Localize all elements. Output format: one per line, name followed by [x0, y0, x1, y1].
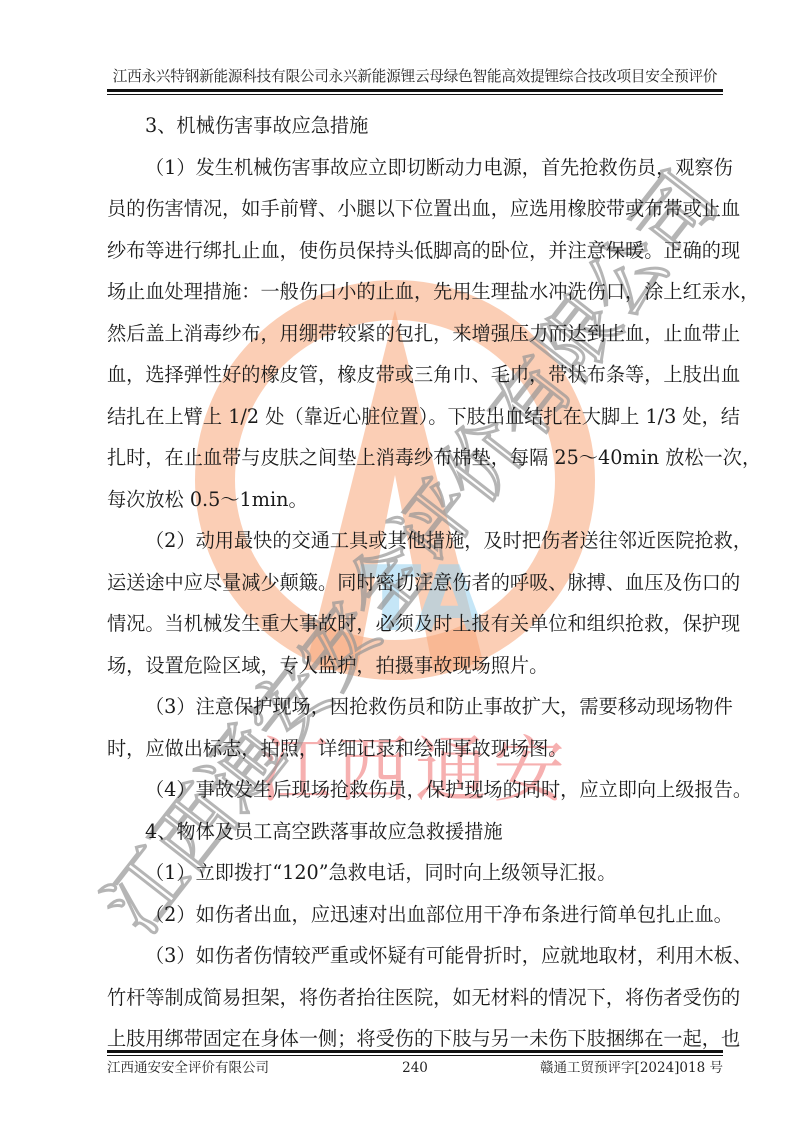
text-line: 每次放松 0.5～1min。	[107, 479, 723, 521]
text-line: （3）如伤者伤情较严重或怀疑有可能骨折时，应就地取材，利用木板、	[107, 935, 723, 977]
text-line: （2）动用最快的交通工具或其他措施，及时把伤者送往邻近医院抢救，	[107, 520, 723, 562]
text-line: 场，设置危险区域，专人监护，拍摄事故现场照片。	[107, 645, 723, 687]
running-header-title: 江西永兴特钢新能源科技有限公司永兴新能源锂云母绿色智能高效提锂综合技改项目安全预…	[107, 66, 723, 88]
section-heading: 3、机械伤害事故应急措施	[107, 105, 723, 147]
paragraph: （1）立即拨打“120”急救电话，同时向上级领导汇报。	[107, 852, 723, 894]
text-line: 场止血处理措施：一般伤口小的止血，先用生理盐水冲洗伤口，涂上红汞水，	[107, 271, 723, 313]
document-page: TA 江西通安 江西通安安全评价有限公司 江西永兴特钢新能源科技有限公司永兴新能…	[0, 0, 800, 1131]
paragraph: （3）如伤者伤情较严重或怀疑有可能骨折时，应就地取材，利用木板、 竹杆等制成简易…	[107, 935, 723, 1060]
text-line: 员的伤害情况，如手前臂、小腿以下位置出血，应选用橡胶带或布带或止血	[107, 188, 723, 230]
text-line: 时，应做出标志，拍照，详细记录和绘制事故现场图。	[107, 728, 723, 770]
paragraph: （1）发生机械伤害事故应立即切断动力电源，首先抢救伤员，观察伤 员的伤害情况，如…	[107, 147, 723, 521]
text-line: （1）发生机械伤害事故应立即切断动力电源，首先抢救伤员，观察伤	[107, 147, 723, 189]
text-line: 血，选择弹性好的橡皮管，橡皮带或三角巾、毛巾，带状布条等，上肢出血	[107, 354, 723, 396]
paragraph: （4）事故发生后现场抢救伤员，保护现场的同时，应立即向上级报告。	[107, 769, 723, 811]
document-body: 3、机械伤害事故应急措施 （1）发生机械伤害事故应立即切断动力电源，首先抢救伤员…	[107, 105, 723, 1060]
text-line: 情况。当机械发生重大事故时，必须及时上报有关单位和组织抢救，保护现	[107, 603, 723, 645]
text-line: （2）如伤者出血，应迅速对出血部位用干净布条进行简单包扎止血。	[107, 894, 723, 936]
footer-doc-number: 赣通工贸预评字[2024]018 号	[540, 1058, 723, 1078]
paragraph: （3）注意保护现场，因抢救伤员和防止事故扩大，需要移动现场物件 时，应做出标志，…	[107, 686, 723, 769]
text-line: 运送途中应尽量减少颠簸。同时密切注意伤者的呼吸、脉搏、血压及伤口的	[107, 562, 723, 604]
running-footer: 江西通安安全评价有限公司 240 赣通工贸预评字[2024]018 号	[107, 1058, 723, 1078]
text-layer: 江西永兴特钢新能源科技有限公司永兴新能源锂云母绿色智能高效提锂综合技改项目安全预…	[0, 0, 800, 1131]
text-line: （4）事故发生后现场抢救伤员，保护现场的同时，应立即向上级报告。	[107, 769, 723, 811]
text-line: 扎时，在止血带与皮肤之间垫上消毒纱布棉垫，每隔 25～40min 放松一次，	[107, 437, 723, 479]
section-heading: 4、物体及员工高空跌落事故应急救援措施	[107, 811, 723, 853]
footer-rule-thick	[107, 1050, 723, 1053]
text-line: 然后盖上消毒纱布，用绷带较紧的包扎，来增强压力而达到止血，止血带止	[107, 313, 723, 355]
header-rule-thin	[107, 94, 723, 95]
text-line: 上肢用绑带固定在身体一侧；将受伤的下肢与另一未伤下肢捆绑在一起，也	[107, 1018, 723, 1060]
text-line: 结扎在上臂上 1/2 处（靠近心脏位置）。下肢出血结扎在大脚上 1/3 处，结	[107, 396, 723, 438]
text-line: 纱布等进行绑扎止血，使伤员保持头低脚高的卧位，并注意保暖。正确的现	[107, 230, 723, 272]
footer-rule-thin	[107, 1055, 723, 1056]
text-line: 竹杆等制成简易担架，将伤者抬往医院，如无材料的情况下，将伤者受伤的	[107, 977, 723, 1019]
text-line: （1）立即拨打“120”急救电话，同时向上级领导汇报。	[107, 852, 723, 894]
text-line: （3）注意保护现场，因抢救伤员和防止事故扩大，需要移动现场物件	[107, 686, 723, 728]
paragraph: （2）动用最快的交通工具或其他措施，及时把伤者送往邻近医院抢救， 运送途中应尽量…	[107, 520, 723, 686]
header-rule-thick	[107, 89, 723, 92]
paragraph: （2）如伤者出血，应迅速对出血部位用干净布条进行简单包扎止血。	[107, 894, 723, 936]
